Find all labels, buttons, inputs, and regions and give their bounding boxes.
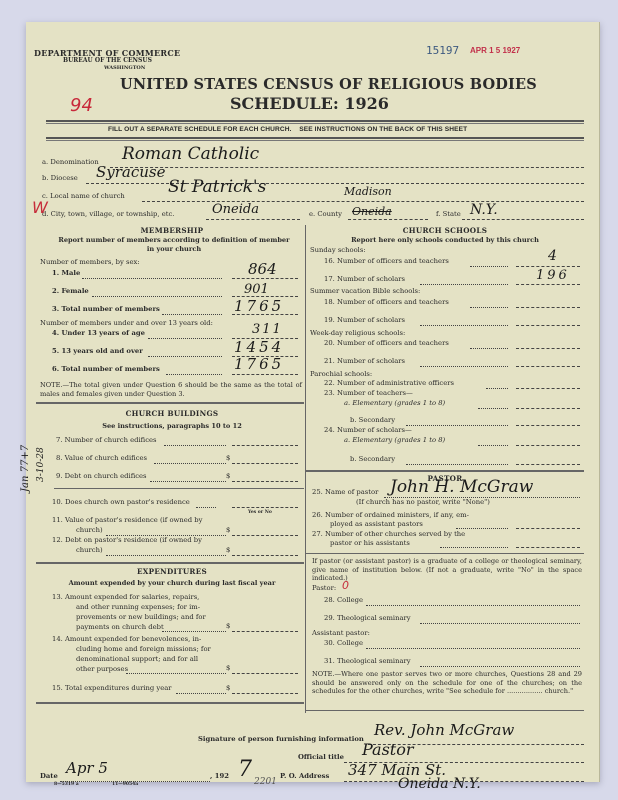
form-code-2: 11—9054a (112, 782, 138, 787)
state-field[interactable]: N.Y. (470, 202, 498, 218)
edifices-value-label: 8. Value of church edifices (56, 454, 147, 462)
total-members-2-label: 6. Total number of members (52, 365, 160, 373)
female-label: 2. Female (52, 287, 89, 295)
pencil-mark: 2201 (254, 777, 277, 787)
column-divider (305, 225, 306, 713)
female-count[interactable]: 901 (244, 282, 269, 297)
edifices-value-field[interactable] (232, 463, 298, 464)
q19-field[interactable] (516, 325, 580, 326)
expenditures-subtitle: Amount expended by your church during la… (42, 579, 302, 588)
q20-label: 20. Number of officers and teachers (324, 339, 449, 347)
residence-value-field[interactable] (232, 535, 298, 536)
q26-field[interactable] (516, 528, 580, 529)
membership-note: NOTE.—The total given under Question 6 s… (40, 381, 302, 398)
q24b-field[interactable] (516, 464, 580, 465)
q24a-label: a. Elementary (grades 1 to 8) (344, 436, 445, 444)
pastor-sublabel: Pastor: (312, 584, 336, 592)
denomination-label: a. Denomination (42, 158, 99, 166)
q25-hint: (If church has no pastor, write "None") (356, 498, 490, 506)
owns-residence-label: 10. Does church own pastor's residence (52, 498, 190, 506)
church-buildings-subtitle: See instructions, paragraphs 10 to 12 (42, 422, 302, 431)
q29-label: 29. Theological seminary (324, 614, 411, 622)
q29-field[interactable] (420, 623, 580, 624)
male-count[interactable]: 864 (248, 260, 277, 278)
q22-field[interactable] (516, 388, 580, 389)
bureau-name: BUREAU OF THE CENSUS (63, 57, 152, 64)
under-13-count[interactable]: 311 (252, 322, 283, 337)
margin-note-2: 3-10-28 (36, 447, 46, 482)
membership-subtitle: Report number of members according to de… (56, 236, 292, 254)
church-name-label: c. Local name of church (42, 192, 125, 200)
q28-field[interactable] (366, 605, 580, 606)
q23-label: 23. Number of teachers— (324, 389, 413, 397)
city-field[interactable]: Oneida (212, 202, 259, 217)
expense-14-label: 14. Amount expended for benevolences, in… (52, 634, 211, 674)
year-field[interactable]: 7 (238, 757, 252, 782)
county-correction: Madison (344, 185, 392, 198)
q16-value[interactable]: 4 (548, 248, 557, 264)
stamp-date: APR 1 5 1927 (470, 46, 520, 55)
q24-label: 24. Number of scholars— (324, 426, 412, 434)
stamp-number: 15197 (426, 44, 459, 57)
po-address-label: P. O. Address (280, 772, 329, 780)
q30-label: 30. College (324, 639, 363, 647)
parochial-schools-label: Parochial schools: (310, 370, 372, 378)
by-sex-label: Number of members, by sex: (40, 258, 140, 266)
q19-label: 19. Number of scholars (324, 316, 405, 324)
diocese-field[interactable]: Syracuse (96, 163, 166, 181)
instructions-banner: FILL OUT A SEPARATE SCHEDULE FOR EACH CH… (108, 126, 467, 133)
official-title-field[interactable]: Pastor (362, 740, 414, 759)
denomination-field[interactable]: Roman Catholic (122, 144, 259, 164)
county-label: e. County (309, 210, 342, 218)
signature-field[interactable]: Rev. John McGraw (374, 721, 514, 739)
q18-field[interactable] (516, 307, 580, 308)
date-label: Date (40, 772, 58, 780)
red-file-number: 94 (70, 95, 93, 116)
q28-label: 28. College (324, 596, 363, 604)
census-schedule-form: DEPARTMENT OF COMMERCE BUREAU OF THE CEN… (26, 22, 600, 782)
q31-field[interactable] (420, 666, 580, 667)
expense-13-field[interactable] (232, 631, 298, 632)
header-rule (46, 120, 584, 124)
q20-field[interactable] (516, 348, 580, 349)
q16-label: 16. Number of officers and teachers (324, 257, 449, 265)
church-buildings-heading: CHURCH BUILDINGS (42, 409, 302, 418)
residence-debt-field[interactable] (232, 555, 298, 556)
address-line-2[interactable]: Oneida N.Y. (398, 776, 481, 792)
city-label: d. City, town, village, or township, etc… (42, 210, 174, 218)
age-group-label: Number of members under and over 13 year… (40, 319, 213, 327)
expense-15-field[interactable] (232, 693, 298, 694)
county-field[interactable]: Oneida (352, 205, 392, 218)
q31-label: 31. Theological seminary (324, 657, 411, 665)
q17-value[interactable]: 196 (536, 268, 570, 283)
q21-label: 21. Number of scholars (324, 357, 405, 365)
church-schools-subtitle: Report here only schools conducted by th… (310, 236, 580, 245)
assistant-pastor-label: Assistant pastor: (312, 629, 370, 637)
owns-residence-field[interactable] (232, 507, 298, 508)
graduate-note: If pastor (or assistant pastor) is a gra… (312, 557, 582, 583)
yes-no-hint: Yes or No (248, 510, 272, 515)
date-field[interactable]: Apr 5 (66, 759, 108, 777)
q27-label: 27. Number of other churches served by t… (312, 530, 465, 548)
expense-14-field[interactable] (232, 673, 298, 674)
under-13-label: 4. Under 13 years of age (52, 329, 145, 337)
pastor-name-field[interactable]: John H. McGraw (390, 477, 533, 497)
form-title: UNITED STATES CENSUS OF RELIGIOUS BODIES (120, 76, 537, 93)
q21-field[interactable] (516, 366, 580, 367)
edifices-count-label: 7. Number of church edifices (56, 436, 157, 444)
edifices-debt-field[interactable] (232, 481, 298, 482)
q30-field[interactable] (366, 648, 580, 649)
q23a-label: a. Elementary (grades 1 to 8) (344, 399, 445, 407)
q23a-field[interactable] (516, 408, 580, 409)
red-check-mark: W (32, 198, 48, 217)
over-13-label: 5. 13 years old and over (52, 347, 143, 355)
pastor-note: NOTE.—Where one pastor serves two or mor… (312, 670, 582, 696)
total-members-label: 3. Total number of members (52, 305, 160, 313)
weekday-schools-label: Week-day religious schools: (310, 329, 405, 337)
city-name: WASHINGTON (104, 65, 145, 71)
total-members-2-count[interactable]: 1765 (234, 355, 284, 373)
signature-label: Signature of person furnishing informati… (198, 735, 364, 743)
state-label: f. State (436, 210, 461, 218)
q25-label: 25. Name of pastor (312, 488, 378, 496)
diocese-label: b. Diocese (42, 174, 78, 182)
expense-13-label: 13. Amount expended for salaries, repair… (52, 592, 206, 632)
form-code-1: 8—5319 a (54, 782, 79, 787)
edifices-debt-label: 9. Debt on church edifices (56, 472, 147, 480)
expenditures-heading: EXPENDITURES (42, 567, 302, 576)
q24a-field[interactable] (516, 445, 580, 446)
membership-heading: MEMBERSHIP (42, 226, 302, 235)
q18-label: 18. Number of officers and teachers (324, 298, 449, 306)
sunday-schools-label: Sunday schools: (310, 246, 366, 254)
q22-label: 22. Number of administrative officers (324, 379, 454, 387)
q23b-field[interactable] (516, 425, 580, 426)
q27-field[interactable] (516, 547, 580, 548)
pastor-red-mark: 0 (342, 579, 349, 592)
q23b-label: b. Secondary (350, 416, 395, 424)
church-schools-heading: CHURCH SCHOOLS (310, 226, 580, 235)
q26-label: 26. Number of ordained ministers, if any… (312, 511, 469, 529)
official-title-label: Official title (298, 753, 344, 761)
schedule-title: SCHEDULE: 1926 (230, 94, 389, 113)
q17-label: 17. Number of scholars (324, 275, 405, 283)
male-label: 1. Male (52, 269, 80, 277)
banner-rule (46, 137, 584, 141)
q24b-label: b. Secondary (350, 455, 395, 463)
year-prefix: , 192 (210, 772, 229, 780)
expense-15-label: 15. Total expenditures during year (52, 684, 172, 692)
over-13-count[interactable]: 1454 (234, 338, 284, 356)
residence-debt-label: 12. Debt on pastor's residence (if owned… (52, 536, 202, 544)
margin-note-1: Jan 77+7 (20, 445, 31, 492)
residence-value-label: 11. Value of pastor's residence (if owne… (52, 516, 202, 524)
summer-schools-label: Summer vacation Bible schools: (310, 287, 420, 295)
total-members-count[interactable]: 1765 (234, 297, 284, 315)
church-name-field[interactable]: St Patrick's (168, 177, 266, 197)
